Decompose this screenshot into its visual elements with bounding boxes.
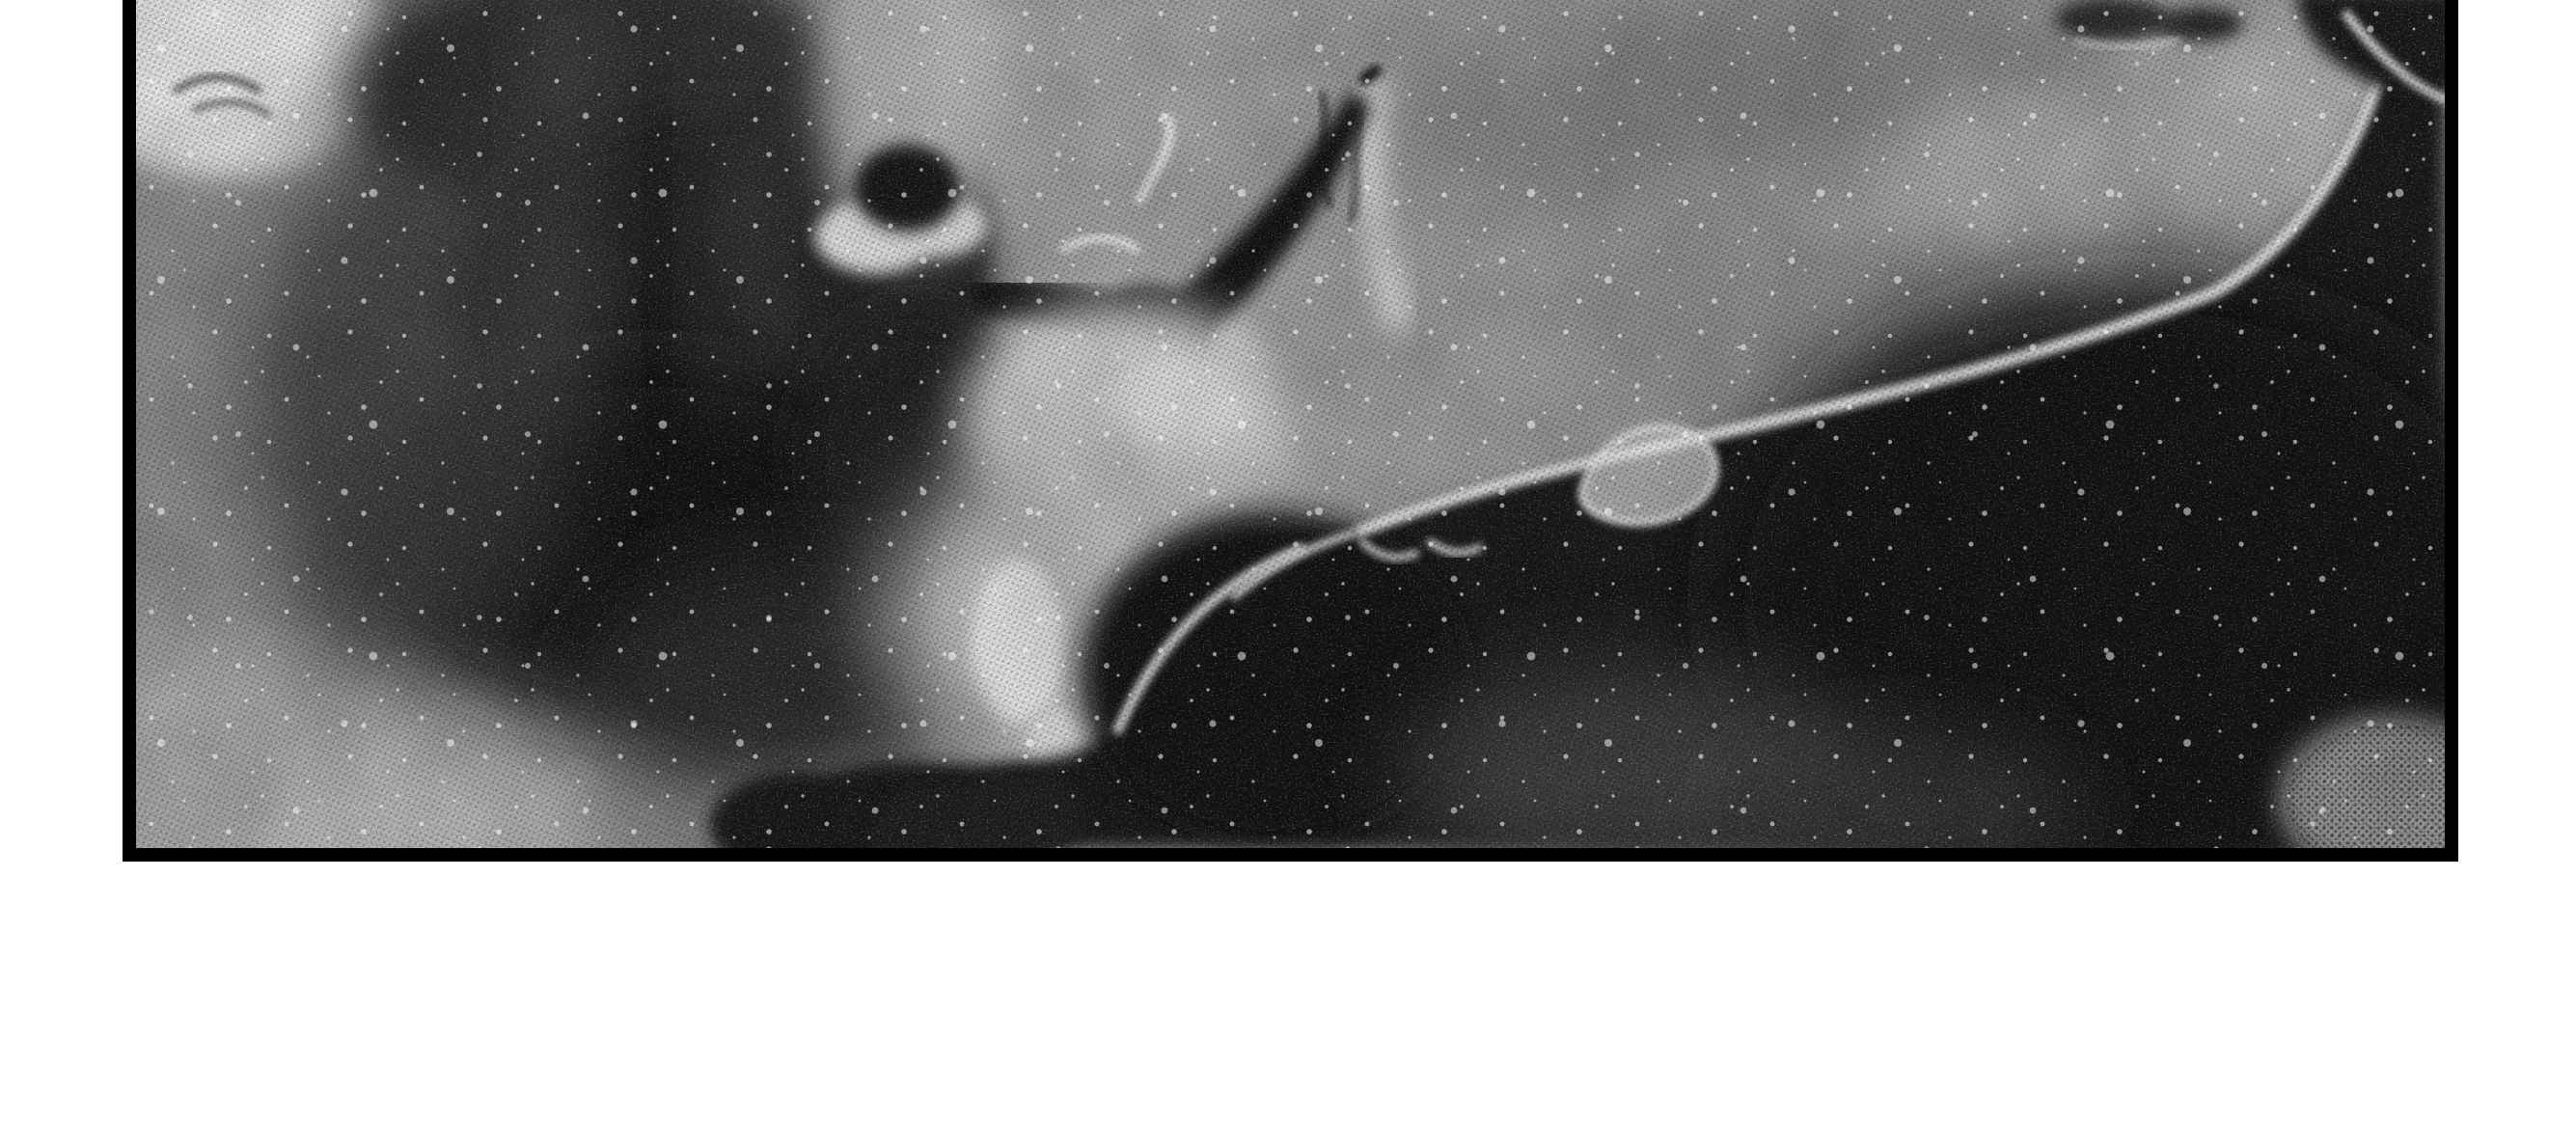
frame-bottom [123,848,2458,862]
frame-left [123,0,136,862]
satellite-photo-figure [123,0,2458,862]
halftone-texture-overlay [136,0,2445,848]
frame-right [2445,0,2458,862]
halftone-photo [123,0,2458,862]
photo-content [123,0,2458,862]
page [0,0,2576,1124]
